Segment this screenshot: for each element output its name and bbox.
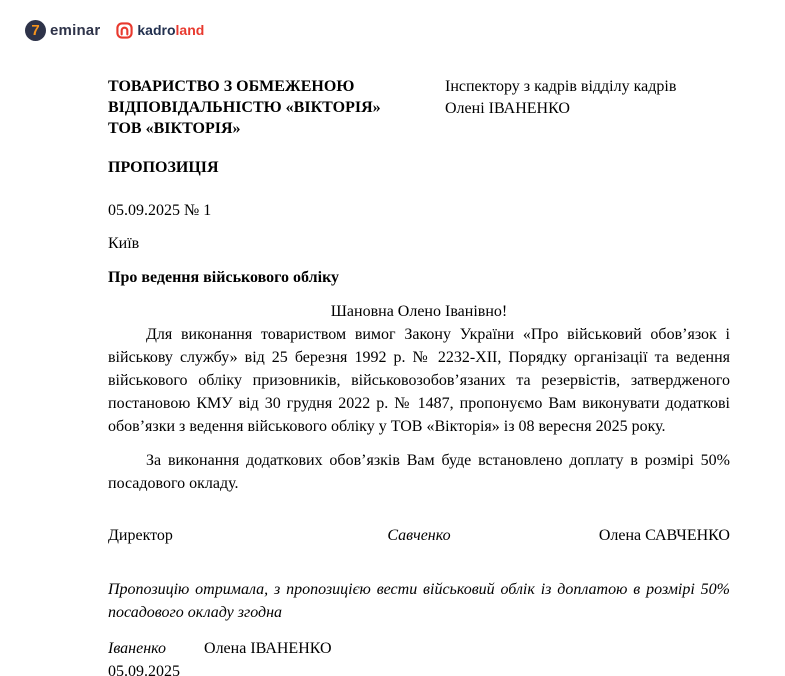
company-name-block: ТОВАРИСТВО З ОБМЕЖЕНОЮ ВІДПОВІДАЛЬНІСТЮ … (108, 76, 445, 139)
kadroland-arch-icon (116, 22, 133, 39)
received-date: 05.09.2025 (108, 660, 730, 676)
seminar-logo: 7 eminar (25, 20, 100, 41)
addressee-block: Інспектору з кадрів відділу кадрів Олені… (445, 76, 730, 120)
seminar-7-icon: 7 (25, 20, 46, 41)
kadroland-word-kadro: kadro (137, 22, 175, 38)
body-paragraph-2: За виконання додаткових обов’язків Вам б… (108, 449, 730, 495)
document-date-number: 05.09.2025 № 1 (108, 199, 730, 222)
document-type-title: ПРОПОЗИЦІЯ (108, 157, 730, 178)
document-city: Київ (108, 232, 730, 255)
kadroland-logo: kadroland (116, 22, 204, 39)
letter-document: ТОВАРИСТВО З ОБМЕЖЕНОЮ ВІДПОВІДАЛЬНІСТЮ … (108, 76, 730, 676)
seminar-wordmark: eminar (50, 22, 100, 39)
salutation: Шановна Олено Іванівно! (108, 300, 730, 323)
acknowledgment-paragraph: Пропозицію отримала, з пропозицією вести… (108, 578, 730, 624)
document-subject: Про ведення військового обліку (108, 266, 730, 289)
company-line-3: ТОВ «ВІКТОРІЯ» (108, 118, 445, 139)
kadroland-wordmark: kadroland (137, 22, 204, 38)
brand-header: 7 eminar kadroland (0, 0, 785, 42)
company-line-1: ТОВАРИСТВО З ОБМЕЖЕНОЮ (108, 76, 445, 97)
body-paragraph-1: Для виконання товариством вимог Закону У… (108, 323, 730, 438)
addressee-position: Інспектору з кадрів відділу кадрів (445, 76, 730, 98)
letter-head-row: ТОВАРИСТВО З ОБМЕЖЕНОЮ ВІДПОВІДАЛЬНІСТЮ … (108, 76, 730, 139)
signer-handwritten-signature: Савченко (315, 524, 522, 547)
addressee-name: Олені ІВАНЕНКО (445, 98, 730, 120)
company-line-2: ВІДПОВІДАЛЬНІСТЮ «ВІКТОРІЯ» (108, 97, 445, 118)
recipient-handwritten-signature: Іваненко (108, 637, 166, 660)
kadroland-word-land: land (176, 22, 205, 38)
signature-row: Директор Савченко Олена САВЧЕНКО (108, 524, 730, 547)
signer-name: Олена САВЧЕНКО (523, 524, 730, 547)
received-signature-row: Іваненко Олена ІВАНЕНКО (108, 637, 730, 660)
signer-position: Директор (108, 524, 315, 547)
recipient-name: Олена ІВАНЕНКО (204, 640, 332, 657)
